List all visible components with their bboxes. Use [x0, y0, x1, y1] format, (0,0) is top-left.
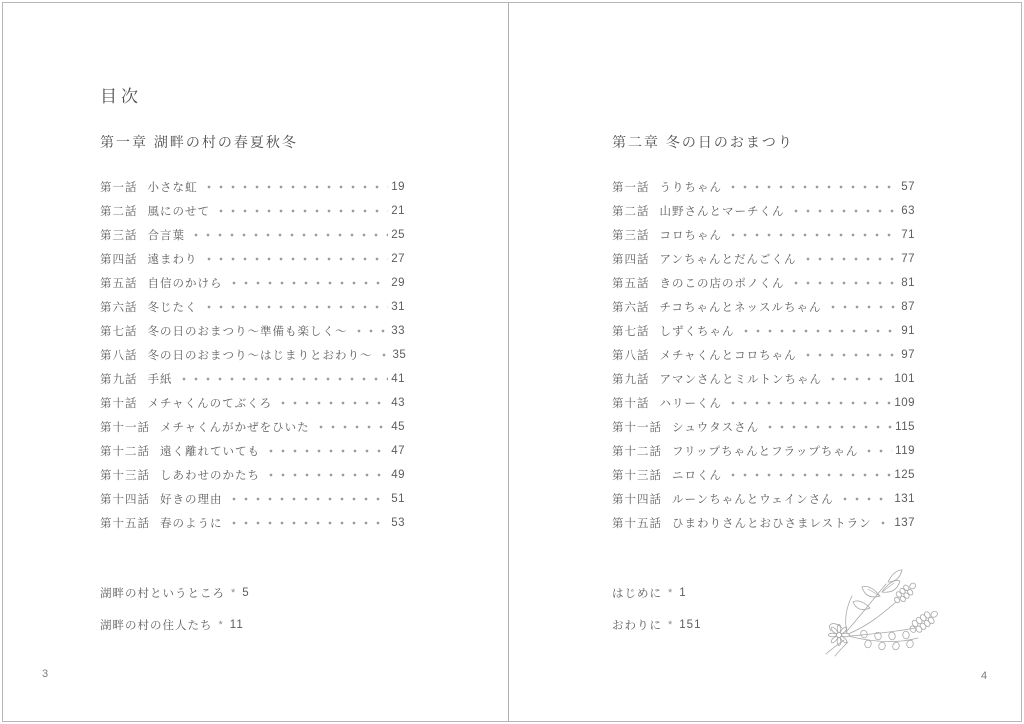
toc-entry: 第十三話 ニロくん 125: [612, 463, 915, 487]
lavender-sprig-illustration: [822, 548, 954, 660]
episode-title: 冬じたく: [148, 299, 198, 315]
episode-label: 第四話: [100, 251, 138, 267]
episode-title: 春のように: [160, 515, 223, 531]
episode-page-number: 131: [894, 493, 915, 505]
episode-page-number: 21: [391, 205, 405, 217]
episode-label: 第十話: [612, 395, 650, 411]
toc-list-chapter-2: 第一話 うりちゃん 57 第二話 山野さんとマーチくん 63 第三話 コロちゃん…: [612, 175, 915, 535]
dot-leader: [727, 463, 891, 487]
asterisk-separator: *: [219, 619, 224, 631]
episode-label: 第十五話: [612, 515, 662, 531]
dot-leader: [827, 295, 899, 319]
episode-label: 第三話: [612, 227, 650, 243]
episode-label: 第七話: [100, 323, 138, 339]
episode-label: 第十四話: [100, 491, 150, 507]
toc-title: 目次: [100, 85, 142, 109]
book-spread: 目次 第一章 湖畔の村の春夏秋冬 第一話 小さな虹 19 第二話 風にのせて 2…: [0, 0, 1024, 724]
dot-leader: [265, 439, 388, 463]
extra-page-number: 11: [230, 619, 244, 631]
extra-entry: はじめに * 1: [612, 581, 701, 605]
toc-entry: 第九話 アマンさんとミルトンちゃん 101: [612, 367, 915, 391]
episode-label: 第八話: [612, 347, 650, 363]
toc-entry: 第十五話 ひまわりさんとおひさまレストラン 137: [612, 511, 915, 535]
dot-leader: [228, 511, 389, 535]
extra-entry: 湖畔の村の住人たち * 11: [100, 613, 250, 637]
toc-entry: 第五話 自信のかけら 29: [100, 271, 405, 295]
episode-title: アンちゃんとだんごくん: [660, 251, 797, 267]
episode-label: 第一話: [612, 179, 650, 195]
extras-list-right: はじめに * 1 おわりに * 151: [612, 581, 701, 637]
asterisk-separator: *: [668, 587, 673, 599]
episode-label: 第五話: [100, 275, 138, 291]
episode-page-number: 57: [901, 181, 915, 193]
episode-page-number: 137: [894, 517, 915, 529]
episode-page-number: 119: [895, 445, 915, 457]
episode-page-number: 109: [894, 397, 915, 409]
extra-title: 湖畔の村というところ: [100, 585, 225, 601]
episode-label: 第八話: [100, 347, 138, 363]
toc-entry: 第八話 冬の日のおまつり～はじまりとおわり～ 35: [100, 343, 405, 367]
toc-entry: 第一話 うりちゃん 57: [612, 175, 915, 199]
episode-title: 自信のかけら: [148, 275, 223, 291]
toc-entry: 第十二話 遠く離れていても 47: [100, 439, 405, 463]
episode-page-number: 33: [391, 325, 405, 337]
toc-entry: 第四話 遠まわり 27: [100, 247, 405, 271]
dot-leader: [215, 199, 388, 223]
episode-page-number: 45: [391, 421, 405, 433]
episode-label: 第九話: [612, 371, 650, 387]
toc-entry: 第四話 アンちゃんとだんごくん 77: [612, 247, 915, 271]
episode-label: 第十二話: [100, 443, 150, 459]
episode-page-number: 53: [391, 517, 405, 529]
episode-title: 風にのせて: [148, 203, 211, 219]
episode-page-number: 43: [391, 397, 405, 409]
dot-leader: [727, 391, 891, 415]
toc-entry: 第二話 風にのせて 21: [100, 199, 405, 223]
dot-leader: [839, 487, 892, 511]
episode-page-number: 125: [894, 469, 915, 481]
episode-title: チコちゃんとネッスルちゃん: [660, 299, 822, 315]
dot-leader: [228, 487, 389, 511]
episode-page-number: 51: [391, 493, 405, 505]
toc-entry: 第八話 メチャくんとコロちゃん 97: [612, 343, 915, 367]
episode-label: 第一話: [100, 179, 138, 195]
episode-label: 第十三話: [100, 467, 150, 483]
toc-entry: 第三話 合言葉 25: [100, 223, 405, 247]
dot-leader: [863, 439, 892, 463]
episode-label: 第七話: [612, 323, 650, 339]
episode-title: 小さな虹: [148, 179, 198, 195]
episode-page-number: 49: [391, 469, 405, 481]
episode-page-number: 41: [391, 373, 405, 385]
page-divider: [508, 3, 509, 721]
dot-leader: [178, 367, 389, 391]
episode-label: 第六話: [612, 299, 650, 315]
episode-page-number: 29: [391, 277, 405, 289]
dot-leader: [315, 415, 389, 439]
dot-leader: [203, 247, 389, 271]
episode-title: しあわせのかたち: [160, 467, 260, 483]
dot-leader: [203, 175, 389, 199]
episode-label: 第十一話: [100, 419, 150, 435]
episode-page-number: 25: [391, 229, 405, 241]
episode-title: 冬の日のおまつり～準備も楽しく～: [148, 323, 348, 339]
dot-leader: [740, 319, 899, 343]
extra-entry: 湖畔の村というところ * 5: [100, 581, 250, 605]
dot-leader: [802, 247, 899, 271]
extra-title: はじめに: [612, 585, 662, 601]
episode-title: 遠まわり: [148, 251, 198, 267]
dot-leader: [228, 271, 389, 295]
episode-title: しずくちゃん: [660, 323, 735, 339]
episode-label: 第二話: [612, 203, 650, 219]
episode-page-number: 91: [901, 325, 915, 337]
episode-label: 第十一話: [612, 419, 662, 435]
extras-list-left: 湖畔の村というところ * 5 湖畔の村の住人たち * 11: [100, 581, 250, 637]
toc-entry: 第十話 メチャくんのてぶくろ 43: [100, 391, 405, 415]
episode-page-number: 115: [895, 421, 915, 433]
toc-entry: 第十四話 好きの理由 51: [100, 487, 405, 511]
dot-leader: [277, 391, 388, 415]
asterisk-separator: *: [231, 587, 236, 599]
episode-page-number: 31: [391, 301, 405, 313]
episode-title: アマンさんとミルトンちゃん: [660, 371, 823, 387]
extra-title: おわりに: [612, 617, 662, 633]
episode-title: 好きの理由: [160, 491, 223, 507]
dot-leader: [802, 343, 899, 367]
episode-title: うりちゃん: [660, 179, 723, 195]
toc-entry: 第七話 冬の日のおまつり～準備も楽しく～ 33: [100, 319, 405, 343]
toc-entry: 第六話 チコちゃんとネッスルちゃん 87: [612, 295, 915, 319]
asterisk-separator: *: [668, 619, 673, 631]
episode-title: ニロくん: [672, 467, 722, 483]
episode-label: 第十二話: [612, 443, 662, 459]
episode-label: 第三話: [100, 227, 138, 243]
toc-entry: 第十五話 春のように 53: [100, 511, 405, 535]
episode-page-number: 87: [901, 301, 915, 313]
episode-page-number: 81: [901, 277, 915, 289]
folio-right: 4: [981, 670, 987, 682]
toc-entry: 第三話 コロちゃん 71: [612, 223, 915, 247]
episode-title: 冬の日のおまつり～はじまりとおわり～: [148, 347, 373, 363]
dot-leader: [827, 367, 891, 391]
extra-page-number: 1: [679, 587, 686, 599]
episode-title: フリップちゃんとフラップちゃん: [672, 443, 858, 459]
episode-label: 第十話: [100, 395, 138, 411]
episode-page-number: 19: [391, 181, 405, 193]
episode-page-number: 63: [901, 205, 915, 217]
episode-title: きのこの店のポノくん: [660, 275, 785, 291]
toc-entry: 第七話 しずくちゃん 91: [612, 319, 915, 343]
episode-title: メチャくんのてぶくろ: [148, 395, 273, 411]
toc-entry: 第十二話 フリップちゃんとフラップちゃん 119: [612, 439, 915, 463]
episode-page-number: 101: [894, 373, 915, 385]
dot-leader: [190, 223, 388, 247]
episode-title: 遠く離れていても: [160, 443, 260, 459]
dot-leader: [353, 319, 389, 343]
episode-page-number: 27: [391, 253, 405, 265]
toc-entry: 第十一話 メチャくんがかぜをひいた 45: [100, 415, 405, 439]
dot-leader: [790, 199, 899, 223]
extra-page-number: 151: [679, 619, 701, 631]
episode-page-number: 35: [393, 349, 407, 361]
toc-entry: 第十三話 しあわせのかたち 49: [100, 463, 405, 487]
episode-title: ハリーくん: [660, 395, 723, 411]
episode-label: 第十四話: [612, 491, 662, 507]
episode-label: 第十三話: [612, 467, 662, 483]
episode-label: 第九話: [100, 371, 138, 387]
toc-entry: 第十話 ハリーくん 109: [612, 391, 915, 415]
episode-label: 第二話: [100, 203, 138, 219]
episode-title: ルーンちゃんとウェインさん: [672, 491, 834, 507]
episode-page-number: 71: [901, 229, 915, 241]
chapter-2-title: 第二章 冬の日のおまつり: [612, 132, 794, 152]
dot-leader: [877, 511, 892, 535]
toc-entry: 第十一話 シュウタスさん 115: [612, 415, 915, 439]
episode-title: コロちゃん: [660, 227, 723, 243]
extra-title: 湖畔の村の住人たち: [100, 617, 213, 633]
dot-leader: [764, 415, 892, 439]
episode-title: 合言葉: [148, 227, 186, 243]
dot-leader: [203, 295, 389, 319]
toc-list-chapter-1: 第一話 小さな虹 19 第二話 風にのせて 21 第三話 合言葉 25 第四話: [100, 175, 405, 535]
toc-entry: 第十四話 ルーンちゃんとウェインさん 131: [612, 487, 915, 511]
episode-title: シュウタスさん: [672, 419, 759, 435]
episode-label: 第五話: [612, 275, 650, 291]
toc-entry: 第二話 山野さんとマーチくん 63: [612, 199, 915, 223]
extra-page-number: 5: [242, 587, 249, 599]
toc-entry: 第五話 きのこの店のポノくん 81: [612, 271, 915, 295]
dot-leader: [790, 271, 899, 295]
dot-leader: [727, 223, 898, 247]
dot-leader: [727, 175, 898, 199]
episode-label: 第十五話: [100, 515, 150, 531]
dot-leader: [378, 343, 390, 367]
episode-title: 手紙: [148, 371, 173, 387]
dot-leader: [265, 463, 388, 487]
toc-entry: 第九話 手紙 41: [100, 367, 405, 391]
chapter-1-title: 第一章 湖畔の村の春夏秋冬: [100, 132, 298, 152]
extra-entry: おわりに * 151: [612, 613, 701, 637]
episode-label: 第六話: [100, 299, 138, 315]
episode-title: メチャくんとコロちゃん: [660, 347, 797, 363]
folio-left: 3: [42, 668, 48, 680]
toc-entry: 第六話 冬じたく 31: [100, 295, 405, 319]
episode-title: 山野さんとマーチくん: [660, 203, 785, 219]
episode-title: ひまわりさんとおひさまレストラン: [672, 515, 872, 531]
episode-label: 第四話: [612, 251, 650, 267]
episode-page-number: 47: [391, 445, 405, 457]
episode-page-number: 77: [901, 253, 915, 265]
toc-entry: 第一話 小さな虹 19: [100, 175, 405, 199]
episode-page-number: 97: [901, 349, 915, 361]
episode-title: メチャくんがかぜをひいた: [160, 419, 310, 435]
